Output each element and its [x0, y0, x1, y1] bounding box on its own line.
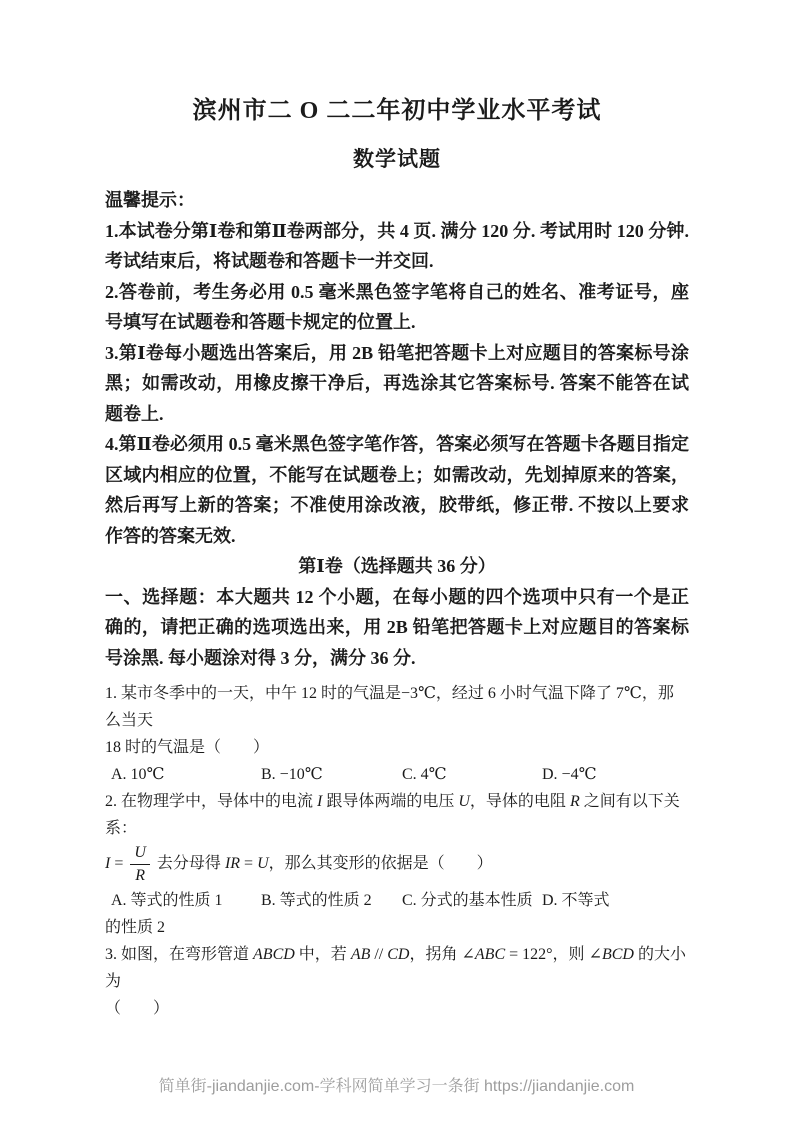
question-2-formula-line: I = UR 去分母得 IR = U，那么其变形的依据是（ ） [105, 842, 689, 887]
question-3-text-line1: 3. 如图，在弯形管道 ABCD 中，若 AB // CD，拐角 ∠ABC = … [105, 941, 689, 995]
exam-paper-page: 滨州市二 O 二二年初中学业水平考试 数学试题 温馨提示： 1.本试卷分第Ⅰ卷和… [0, 0, 793, 1122]
question-2-option-b: B. 等式的性质 2 [261, 887, 402, 914]
page-content: 滨州市二 O 二二年初中学业水平考试 数学试题 温馨提示： 1.本试卷分第Ⅰ卷和… [0, 0, 793, 1022]
question-2: 2. 在物理学中，导体中的电流 I 跟导体两端的电压 U，导体的电阻 R 之间有… [105, 788, 689, 941]
question-2-option-d: D. 不等式 [542, 887, 689, 914]
question-3-text-line2: （ ） [105, 995, 689, 1022]
notice-item-3: 3.第Ⅰ卷每小题选出答案后，用 2B 铅笔把答题卡上对应题目的答案标号涂黑；如需… [105, 338, 689, 430]
question-1-text-line2: 18 时的气温是（ ） [105, 734, 689, 761]
question-2-text-line1: 2. 在物理学中，导体中的电流 I 跟导体两端的电压 U，导体的电阻 R 之间有… [105, 788, 689, 842]
question-2-option-d-continuation: 的性质 2 [105, 914, 689, 941]
notice-item-1: 1.本试卷分第Ⅰ卷和第Ⅱ卷两部分，共 4 页. 满分 120 分. 考试用时 1… [105, 216, 689, 277]
question-1-options: A. 10℃ B. −10℃ C. 4℃ D. −4℃ [105, 761, 689, 788]
notice-section: 温馨提示： 1.本试卷分第Ⅰ卷和第Ⅱ卷两部分，共 4 页. 满分 120 分. … [105, 185, 689, 551]
notice-item-2: 2.答卷前，考生务必用 0.5 毫米黑色签字笔将自己的姓名、准考证号，座号填写在… [105, 277, 689, 338]
question-1: 1. 某市冬季中的一天，中午 12 时的气温是−3℃，经过 6 小时气温下降了 … [105, 680, 689, 788]
fraction: UR [130, 842, 150, 887]
question-3: 3. 如图，在弯形管道 ABCD 中，若 AB // CD，拐角 ∠ABC = … [105, 941, 689, 1022]
footer-watermark: 简单街-jiandanjie.com-学科网简单学习一条街 https://ji… [0, 1073, 793, 1096]
notice-heading: 温馨提示： [105, 185, 689, 216]
exam-subtitle: 数学试题 [105, 146, 689, 172]
question-1-option-b: B. −10℃ [261, 761, 402, 788]
question-2-options: A. 等式的性质 1 B. 等式的性质 2 C. 分式的基本性质 D. 不等式 [105, 887, 689, 914]
question-2-option-c: C. 分式的基本性质 [402, 887, 542, 914]
exam-title: 滨州市二 O 二二年初中学业水平考试 [105, 96, 689, 126]
section1-header: 第Ⅰ卷（选择题共 36 分） [105, 551, 689, 582]
notice-item-4: 4.第Ⅱ卷必须用 0.5 毫米黑色签字笔作答，答案必须写在答题卡各题目指定区域内… [105, 429, 689, 551]
question-1-option-d: D. −4℃ [542, 761, 689, 788]
question-1-text-line1: 1. 某市冬季中的一天，中午 12 时的气温是−3℃，经过 6 小时气温下降了 … [105, 680, 689, 734]
question-1-option-c: C. 4℃ [402, 761, 542, 788]
section1-intro: 一、选择题：本大题共 12 个小题，在每小题的四个选项中只有一个是正确的，请把正… [105, 582, 689, 674]
question-2-option-a: A. 等式的性质 1 [111, 887, 261, 914]
question-1-option-a: A. 10℃ [111, 761, 261, 788]
